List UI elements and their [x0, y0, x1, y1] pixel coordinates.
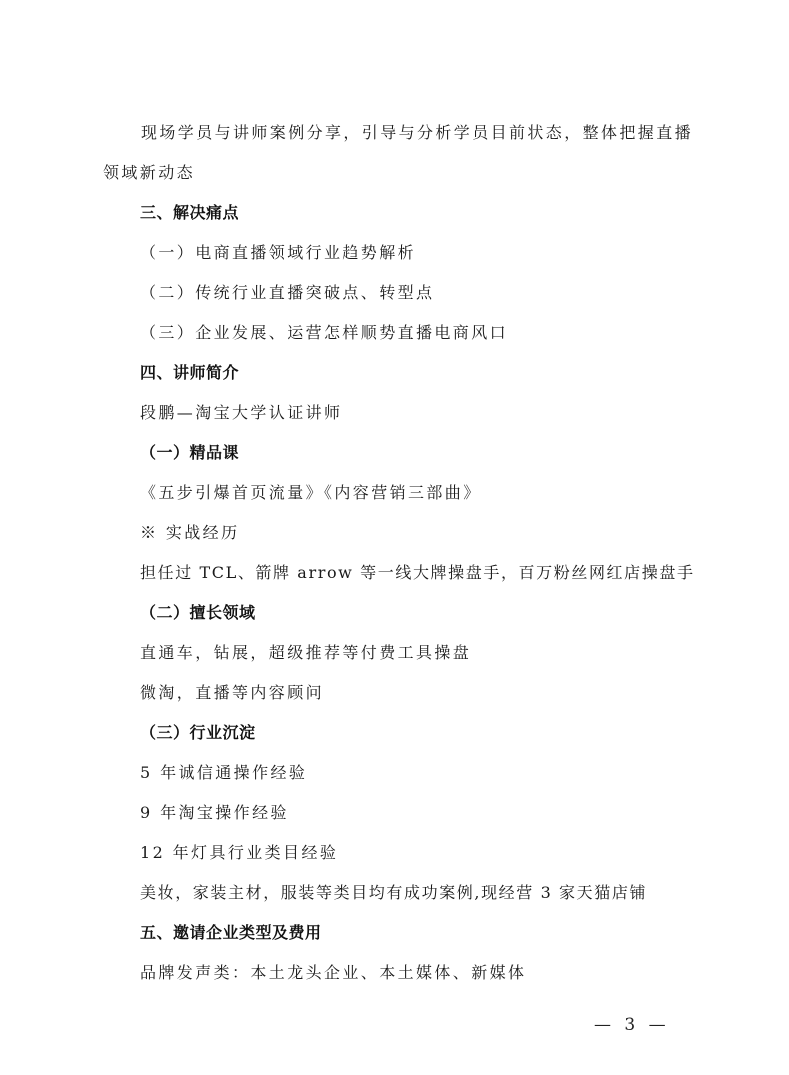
list-item: 9 年淘宝操作经验 [140, 803, 289, 823]
intro-paragraph-line-1: 现场学员与讲师案例分享，引导与分析学员目前状态，整体把握直播 [141, 123, 693, 143]
list-item: （一）电商直播领域行业趋势解析 [140, 243, 416, 263]
intro-paragraph-line-2: 领域新动态 [103, 163, 195, 183]
experience-label: ※ 实战经历 [140, 523, 240, 543]
section-heading-invited-companies: 五、邀请企业类型及费用 [140, 923, 322, 943]
list-item: 12 年灯具行业类目经验 [140, 843, 338, 863]
subsection-heading-industry-experience: （三）行业沉淀 [140, 723, 256, 743]
course-titles: 《五步引爆首页流量》《内容营销三部曲》 [140, 483, 482, 503]
section-heading-lecturer-intro: 四、讲师简介 [140, 363, 239, 383]
list-item: 微淘，直播等内容顾问 [140, 683, 324, 703]
lecturer-name: 段鹏—淘宝大学认证讲师 [140, 403, 342, 423]
list-item: 5 年诚信通操作经验 [140, 763, 307, 783]
list-item: 美妆，家装主材，服装等类目均有成功案例,现经营 3 家天猫店铺 [140, 883, 647, 903]
list-item: 品牌发声类：本土龙头企业、本土媒体、新媒体 [140, 963, 526, 983]
page-number: — 3 — [594, 1015, 670, 1035]
subsection-heading-premium-courses: （一）精品课 [140, 443, 239, 463]
section-heading-solve-pain-points: 三、解决痛点 [140, 203, 239, 223]
list-item: （三）企业发展、运营怎样顺势直播电商风口 [140, 323, 508, 343]
list-item: 直通车，钻展，超级推荐等付费工具操盘 [140, 643, 471, 663]
list-item: （二）传统行业直播突破点、转型点 [140, 283, 434, 303]
experience-text: 担任过 TCL、箭牌 arrow 等一线大牌操盘手，百万粉丝网红店操盘手 [140, 563, 695, 583]
subsection-heading-expertise: （二）擅长领域 [140, 603, 256, 623]
